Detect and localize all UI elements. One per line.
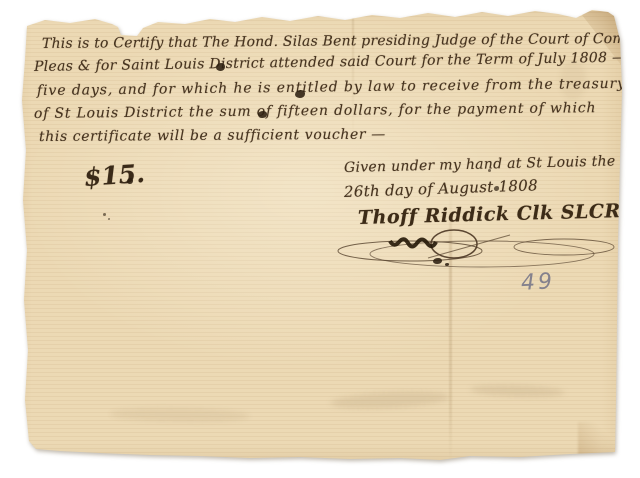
- ink-blot: [494, 186, 499, 191]
- paper-shadow-wrap: This is to Certify that The Hond. Silas …: [0, 0, 640, 478]
- ink-speck: [108, 218, 110, 220]
- closing-line: Given under my hand at St Louis the: [344, 153, 616, 176]
- scan-background: This is to Certify that The Hond. Silas …: [0, 0, 640, 478]
- ink-blot: [433, 258, 442, 264]
- ink-blot: [488, 169, 491, 172]
- ink-showthrough-smudge: [470, 383, 565, 398]
- body-line: five days, and for which he is entitled …: [37, 76, 626, 99]
- body-line: this certificate will be a sufficient vo…: [39, 127, 386, 145]
- body-line: of St Louis District the sum of fifteen …: [34, 100, 596, 122]
- signature: Thoff Riddick Clk SLCR: [358, 200, 621, 229]
- ink-blot: [445, 263, 449, 266]
- ink-showthrough-smudge: [330, 389, 451, 411]
- ink-speck: [103, 213, 106, 216]
- ink-blot: [258, 111, 267, 118]
- body-line: Pleas & for Saint Louis District attende…: [34, 50, 627, 75]
- closing-line: 26th day of August 1808: [344, 176, 539, 201]
- ink-blot: [295, 90, 305, 98]
- body-line: This is to Certify that The Hond. Silas …: [42, 31, 640, 52]
- pencil-page-number: 49: [520, 269, 555, 296]
- ink-blot: [127, 178, 133, 184]
- ink-showthrough-smudge: [110, 407, 250, 423]
- ink-blot: [216, 63, 225, 71]
- amount-notation: $15.: [83, 159, 146, 192]
- signature-flourish: [332, 228, 617, 273]
- document-paper: This is to Certify that The Hond. Silas …: [0, 0, 640, 478]
- bottom-right-fold: [578, 422, 618, 458]
